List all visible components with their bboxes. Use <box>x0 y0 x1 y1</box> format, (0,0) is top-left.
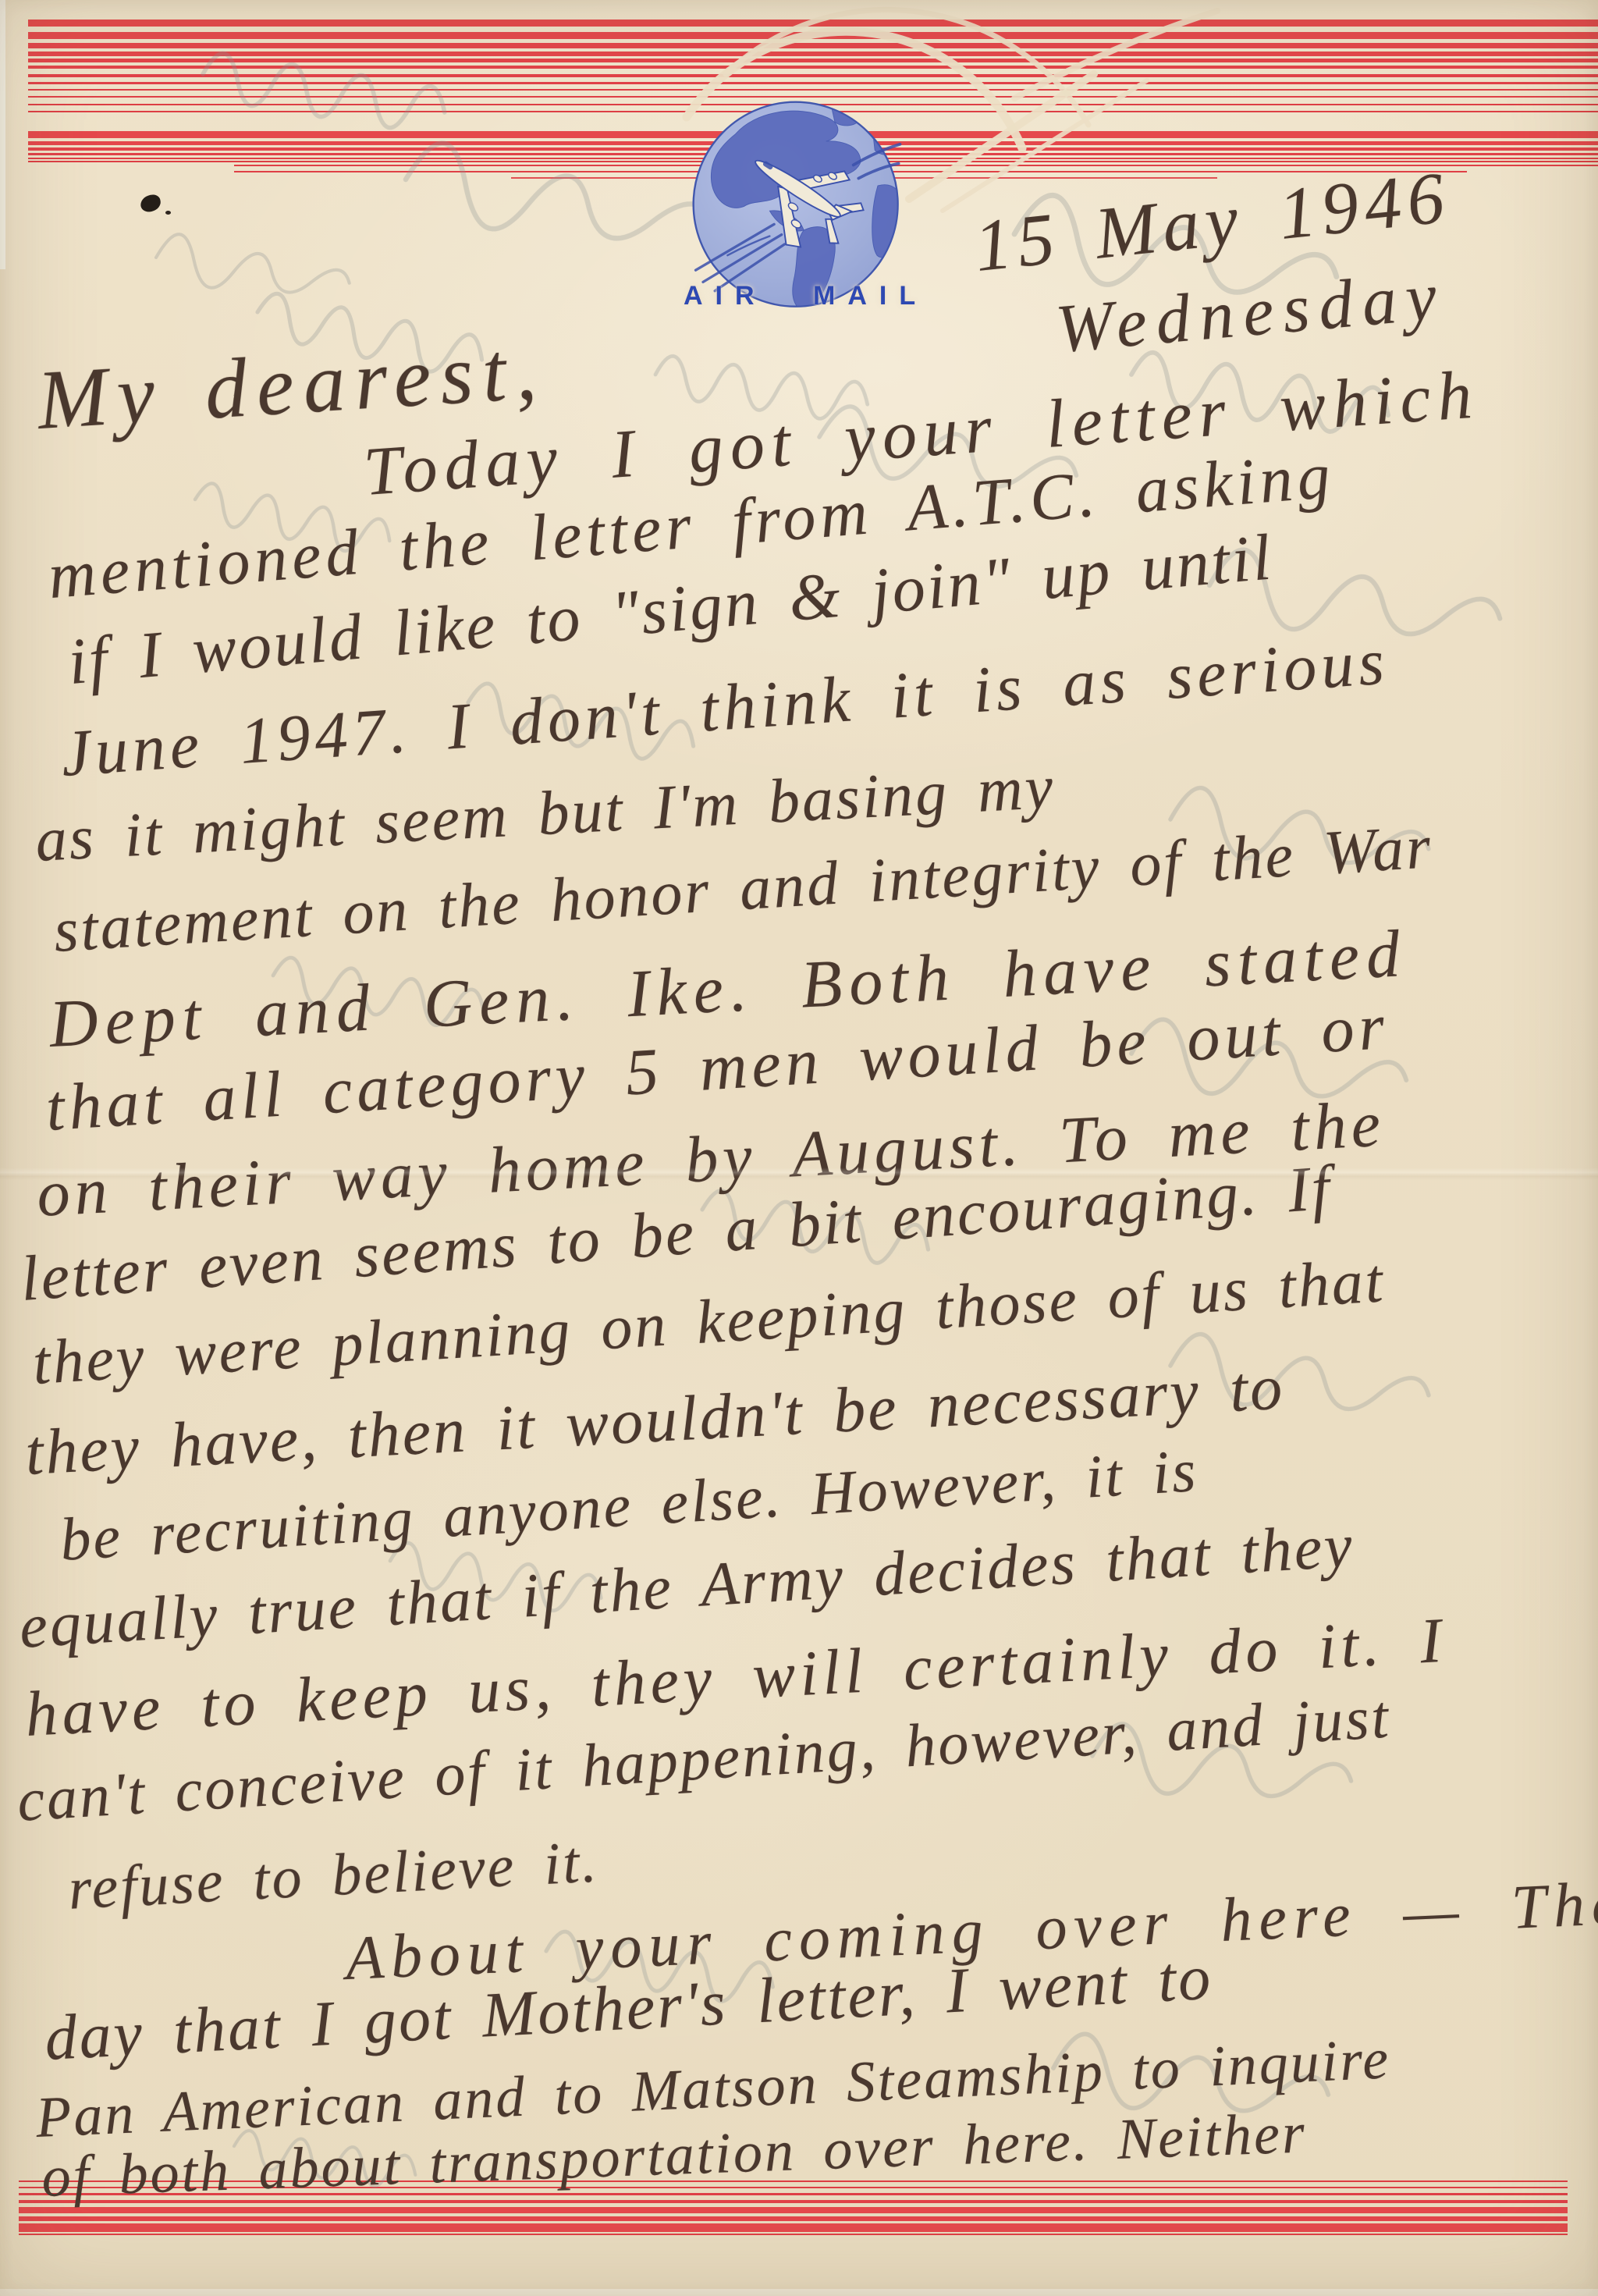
fold-crease <box>0 1168 1598 1180</box>
ink-speck-icon <box>165 211 171 215</box>
scan-edge <box>0 0 5 269</box>
letter-page: AIR MAIL 15 May 1946 Wednesday My deares… <box>0 0 1598 2296</box>
airmail-label: AIR MAIL <box>684 281 928 311</box>
scan-edge-bottom <box>0 2289 1598 2296</box>
